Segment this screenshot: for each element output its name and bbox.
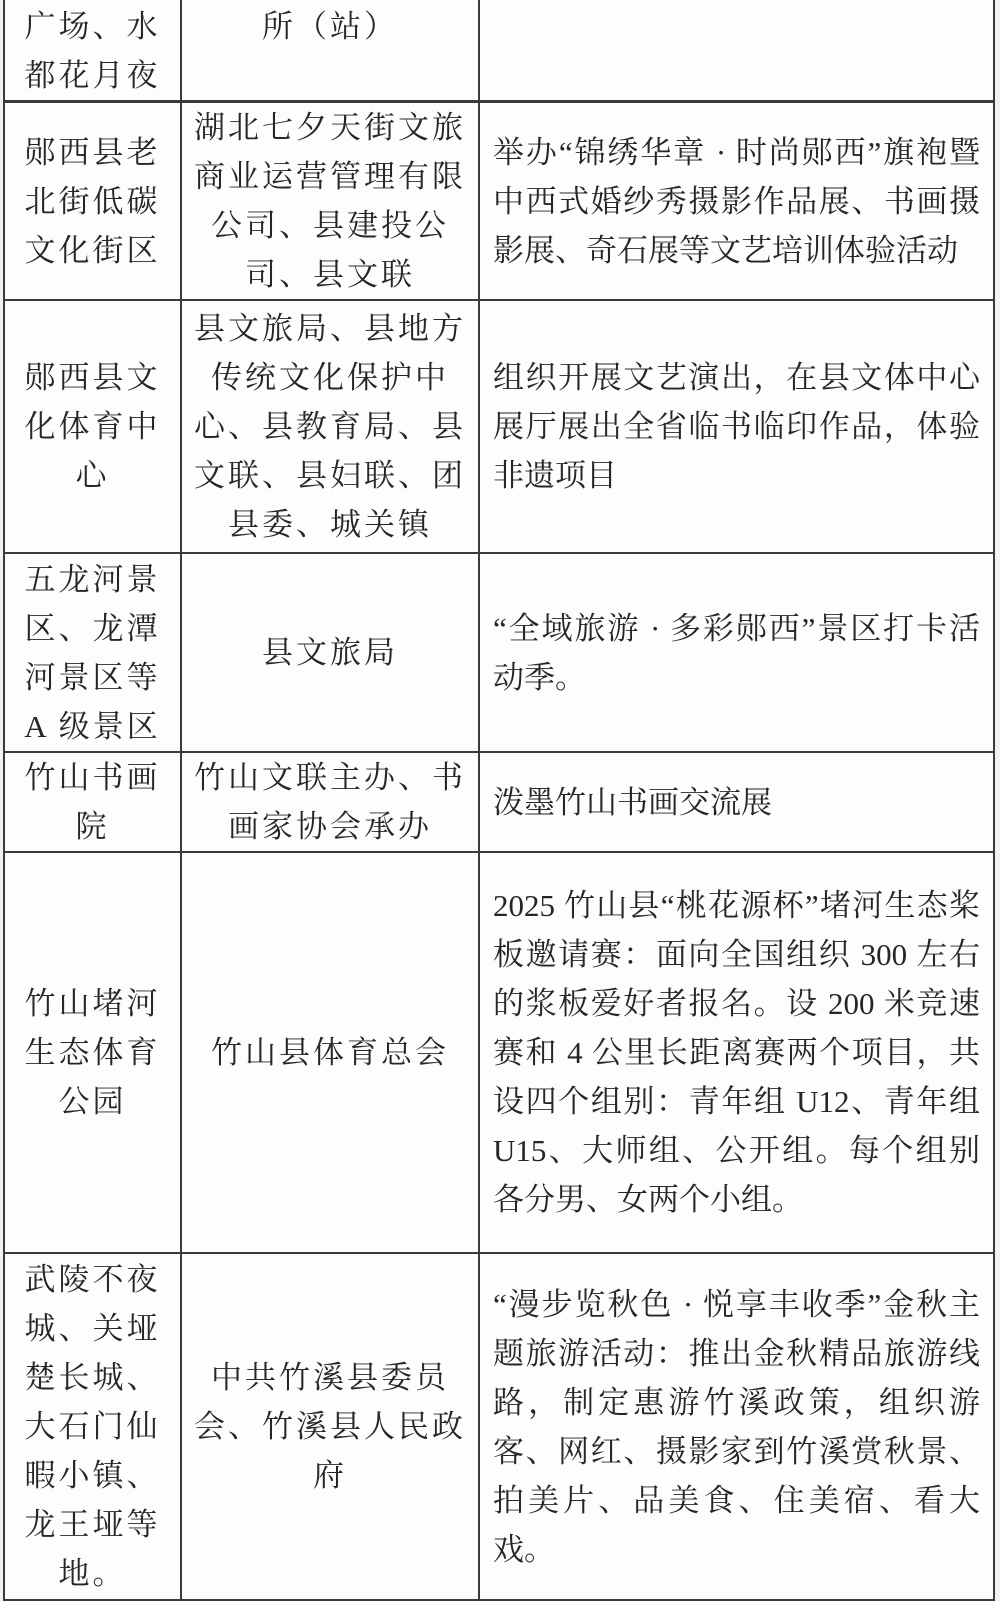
cell-organizer: 湖北七夕天街文旅商业运营管理有限公司、县建投公司、县文联 (181, 102, 479, 301)
cell-place: 武陵不夜城、关垭楚长城、大石门仙暇小镇、龙王垭等地。 (4, 1253, 181, 1600)
cell-place: 广场、水都花月夜 (4, 0, 181, 102)
table-row: 武陵不夜城、关垭楚长城、大石门仙暇小镇、龙王垭等地。 中共竹溪县委员会、竹溪县人… (4, 1253, 994, 1600)
cell-activity: “全域旅游 · 多彩郧西”景区打卡活动季。 (479, 553, 994, 752)
cell-organizer: 县文旅局、县地方传统文化保护中心、县教育局、县文联、县妇联、团县委、城关镇 (181, 300, 479, 553)
cell-place: 竹山书画院 (4, 752, 181, 852)
table-row: 竹山书画院 竹山文联主办、书画家协会承办 泼墨竹山书画交流展 (4, 752, 994, 852)
table-row: 广场、水都花月夜 所（站） (4, 0, 994, 102)
cell-organizer: 中共竹溪县委员会、竹溪县人民政府 (181, 1253, 479, 1600)
cell-activity (479, 0, 994, 102)
document-page: 广场、水都花月夜 所（站） 郧西县老北街低碳文化街区 湖北七夕天街文旅商业运营管… (0, 0, 1000, 1601)
cell-activity: “漫步览秋色 · 悦享丰收季”金秋主题旅游活动：推出金秋精品旅游线路，制定惠游竹… (479, 1253, 994, 1600)
table-row: 郧西县文化体育中心 县文旅局、县地方传统文化保护中心、县教育局、县文联、县妇联、… (4, 300, 994, 553)
cell-place: 五龙河景区、龙潭河景区等 A 级景区 (4, 553, 181, 752)
cell-place: 郧西县文化体育中心 (4, 300, 181, 553)
activities-table: 广场、水都花月夜 所（站） 郧西县老北街低碳文化街区 湖北七夕天街文旅商业运营管… (3, 0, 995, 1601)
table-row: 五龙河景区、龙潭河景区等 A 级景区 县文旅局 “全域旅游 · 多彩郧西”景区打… (4, 553, 994, 752)
table-row: 郧西县老北街低碳文化街区 湖北七夕天街文旅商业运营管理有限公司、县建投公司、县文… (4, 102, 994, 301)
cell-organizer: 所（站） (181, 0, 479, 102)
cell-organizer: 县文旅局 (181, 553, 479, 752)
cell-organizer: 竹山县体育总会 (181, 852, 479, 1253)
cell-place: 郧西县老北街低碳文化街区 (4, 102, 181, 301)
cell-place: 竹山堵河生态体育公园 (4, 852, 181, 1253)
cell-activity: 泼墨竹山书画交流展 (479, 752, 994, 852)
cell-activity: 举办“锦绣华章 · 时尚郧西”旗袍暨中西式婚纱秀摄影作品展、书画摄影展、奇石展等… (479, 102, 994, 301)
cell-organizer: 竹山文联主办、书画家协会承办 (181, 752, 479, 852)
cell-activity: 2025 竹山县“桃花源杯”堵河生态桨板邀请赛：面向全国组织 300 左右的浆板… (479, 852, 994, 1253)
cell-activity: 组织开展文艺演出，在县文体中心展厅展出全省临书临印作品，体验非遗项目 (479, 300, 994, 553)
table-row: 竹山堵河生态体育公园 竹山县体育总会 2025 竹山县“桃花源杯”堵河生态桨板邀… (4, 852, 994, 1253)
